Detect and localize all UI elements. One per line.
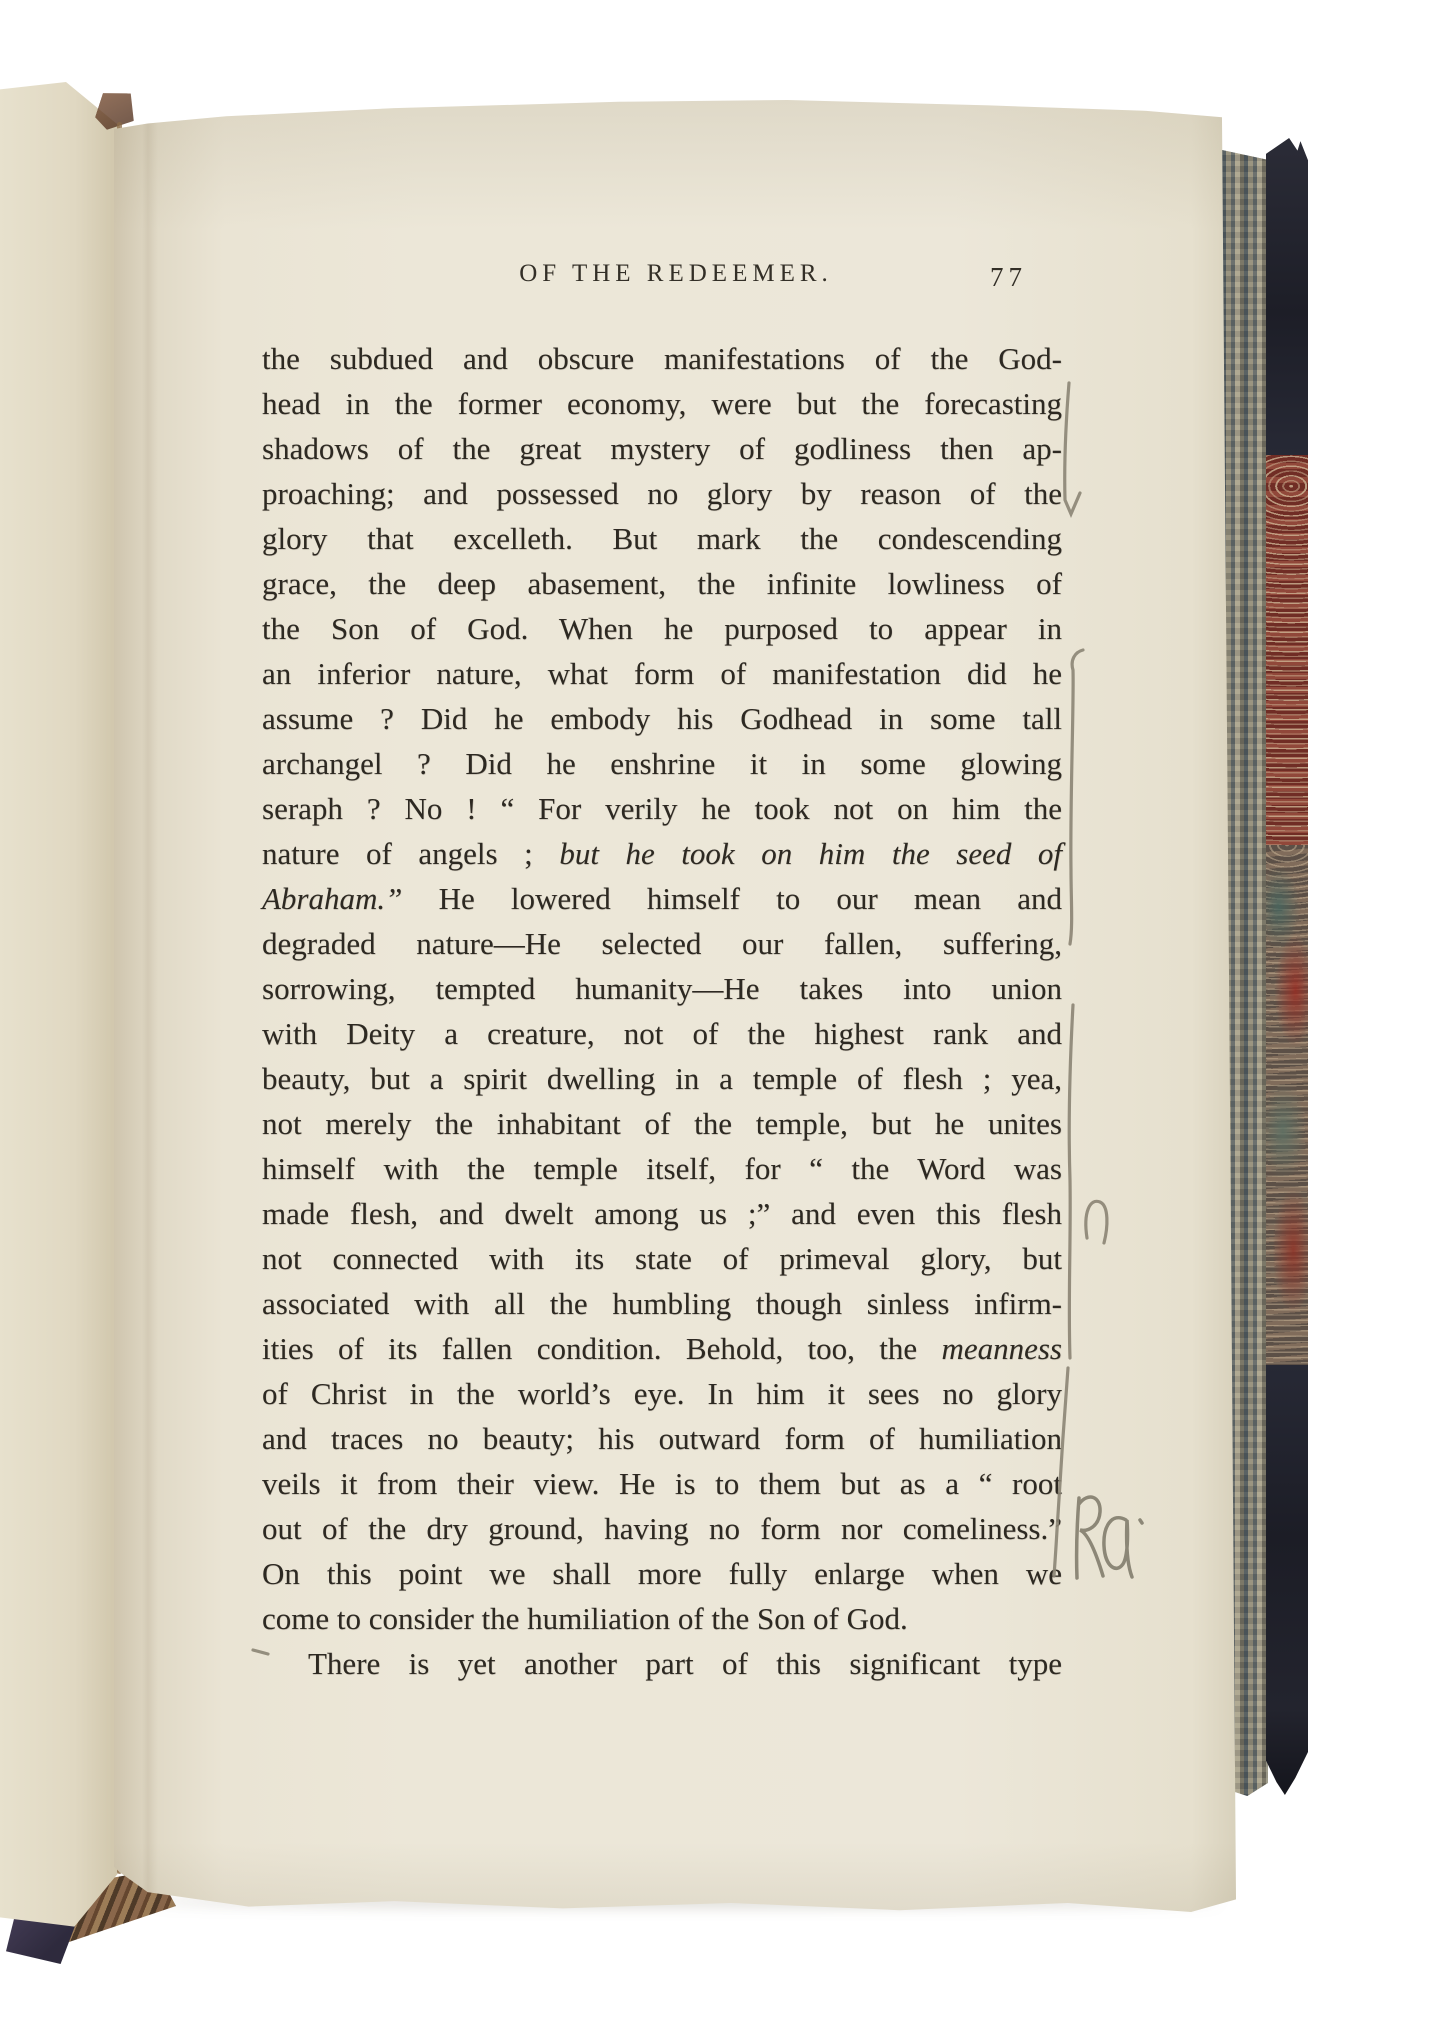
text-line: There is yet another part of this signif… — [262, 1641, 1062, 1686]
text-line: with Deity a creature, not of the highes… — [262, 1011, 1062, 1056]
text-line: archangel ? Did he enshrine it in some g… — [262, 741, 1062, 786]
text-line: nature of angels ; but he took on him th… — [262, 831, 1062, 876]
text-line: proaching; and possessed no glory by rea… — [262, 471, 1062, 516]
text-line: veils it from their view. He is to them … — [262, 1461, 1062, 1506]
text-line: On this point we shall more fully enlarg… — [262, 1551, 1062, 1596]
text-line: sorrowing, tempted humanity—He takes int… — [262, 966, 1062, 1011]
text-line: the subdued and obscure manifestations o… — [262, 336, 1062, 381]
text-line: Abraham.” He lowered himself to our mean… — [262, 876, 1062, 921]
text-line: not merely the inhabitant of the temple,… — [262, 1101, 1062, 1146]
running-header: OF THE REDEEMER. — [276, 260, 1076, 288]
body-text: the subdued and obscure manifestations o… — [262, 336, 1062, 1686]
text-line: beauty, but a spirit dwelling in a templ… — [262, 1056, 1062, 1101]
book-photo: OF THE REDEEMER. 77 the subdued and obsc… — [0, 0, 1445, 2023]
text-line: grace, the deep abasement, the infinite … — [262, 561, 1062, 606]
page-number: 77 — [990, 262, 1027, 293]
text-line: the Son of God. When he purposed to appe… — [262, 606, 1062, 651]
board-edge-mixed-marbling — [1266, 845, 1308, 1365]
text-line: come to consider the humiliation of the … — [262, 1596, 1062, 1641]
text-line: shadows of the great mystery of godlines… — [262, 426, 1062, 471]
text-line: himself with the temple itself, for “ th… — [262, 1146, 1062, 1191]
board-edge-dark-top — [1266, 138, 1308, 455]
text-line: out of the dry ground, having no form no… — [262, 1506, 1062, 1551]
book-page: OF THE REDEEMER. 77 the subdued and obsc… — [114, 100, 1236, 1912]
facing-page-sliver — [0, 82, 120, 1934]
text-line: seraph ? No ! “ For verily he took not o… — [262, 786, 1062, 831]
text-line: and traces no beauty; his outward form o… — [262, 1416, 1062, 1461]
text-line: glory that excelleth. But mark the conde… — [262, 516, 1062, 561]
text-line: not connected with its state of primeval… — [262, 1236, 1062, 1281]
text-line: of Christ in the world’s eye. In him it … — [262, 1371, 1062, 1416]
text-line: an inferior nature, what form of manifes… — [262, 651, 1062, 696]
board-edge-dark-bottom — [1266, 1365, 1308, 1795]
board-edge-red-marbling — [1266, 455, 1308, 845]
text-line: degraded nature—He selected our fallen, … — [262, 921, 1062, 966]
text-line: ities of its fallen condition. Behold, t… — [262, 1326, 1062, 1371]
text-line: head in the former economy, were but the… — [262, 381, 1062, 426]
text-line: associated with all the humbling though … — [262, 1281, 1062, 1326]
text-line: made flesh, and dwelt among us ;” and ev… — [262, 1191, 1062, 1236]
text-line: assume ? Did he embody his Godhead in so… — [262, 696, 1062, 741]
